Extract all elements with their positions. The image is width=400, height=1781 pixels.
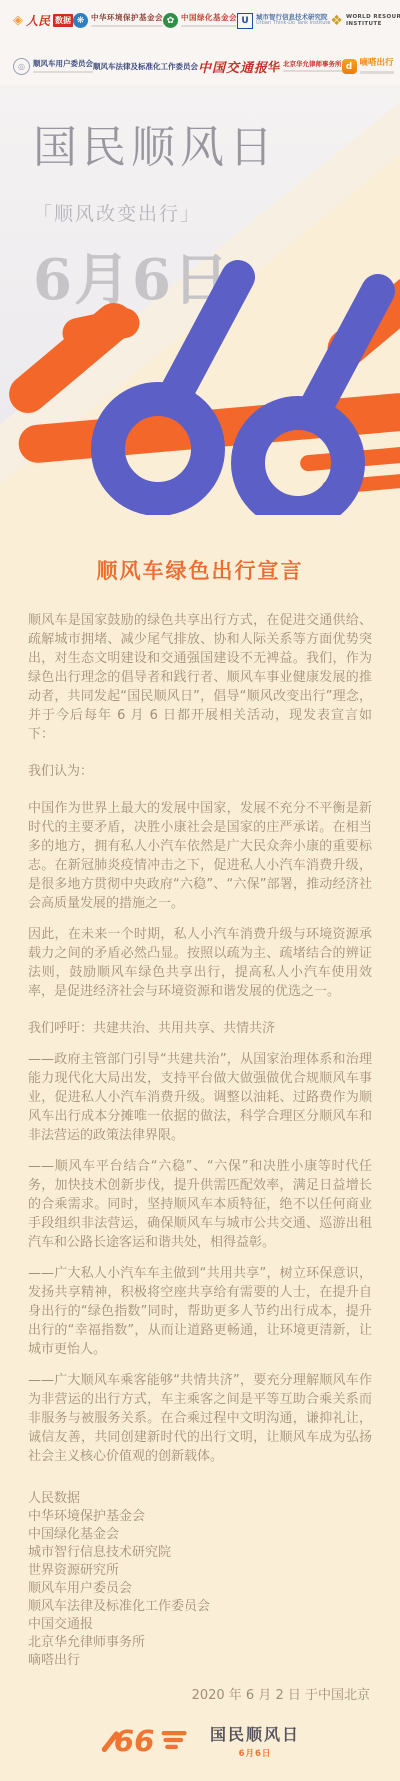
signatory: 中华环境保护基金会 bbox=[28, 1508, 372, 1526]
urban-think-do-tank-label-en: Urban Think-Do Tank Institute bbox=[256, 21, 330, 27]
logo-sfc-user-committee: ◎ 顺风车用户委员会 bbox=[13, 58, 93, 75]
logo-sfc-law-committee: 顺风车法律及标准化工作委员会 bbox=[93, 61, 198, 72]
event-title: 国民顺风日 bbox=[33, 111, 400, 175]
poster-page: ◈ 人民 数据 ❋ 中华环境保护基金会 ✿ 中国绿化基金会 U bbox=[0, 0, 400, 1773]
logo-urban-think-do-tank: U 城市智行信息技术研究院 Urban Think-Do Tank Instit… bbox=[237, 13, 330, 29]
signatory: 顺风车用户委员会 bbox=[28, 1580, 372, 1598]
footer-text-block: 国民顺风日 6月6日 bbox=[210, 1722, 300, 1759]
footer: 66 国民顺风日 6月6日 bbox=[0, 1703, 400, 1773]
logo-huayun-law-firm: 华 北京华允律师事务所 bbox=[268, 58, 342, 75]
66-footer-logo: 66 bbox=[100, 1721, 200, 1759]
signatory: 顺风车法律及标准化工作委员会 bbox=[28, 1598, 372, 1616]
dida-chuxing-icon: d bbox=[342, 59, 357, 74]
people-data-icon: ◈ bbox=[13, 13, 23, 28]
dida-chuxing-label: 嘀嗒出行 bbox=[360, 59, 394, 69]
signatory: 世界资源研究所 bbox=[28, 1562, 372, 1580]
signatory-list: 人民数据 中华环境保护基金会 中国绿化基金会 城市智行信息技术研究院 世界资源研… bbox=[0, 1490, 400, 1670]
declaration-dateline: 2020 年 6 月 2 日 于中国北京 bbox=[0, 1684, 400, 1703]
china-green-foundation-label: 中国绿化基金会 bbox=[181, 14, 237, 23]
partner-logos-header: ◈ 人民 数据 ❋ 中华环境保护基金会 ✿ 中国绿化基金会 U bbox=[0, 0, 400, 85]
logo-people-data: ◈ 人民 数据 bbox=[13, 12, 73, 29]
dida-fineprint-bar bbox=[360, 71, 394, 74]
logo-dida-chuxing: d 嘀嗒出行 bbox=[342, 59, 394, 74]
china-transport-news-label: 中国交通报 bbox=[198, 57, 268, 76]
declaration-paragraph: ——顺风车平台结合“六稳”、“六保”和决胜小康等时代任务，加快技术创新步伐，提升… bbox=[28, 1157, 372, 1252]
huayun-law-firm-icon: 华 bbox=[268, 58, 280, 75]
footer-event-date: 6月6日 bbox=[239, 1747, 272, 1759]
footer-logo-66: 66 bbox=[114, 1724, 155, 1758]
sfc-user-fineprint-bar bbox=[33, 71, 93, 74]
logo-wri: ❖ WORLD RESOURCES INSTITUTE bbox=[330, 13, 400, 29]
footer-event-title: 国民顺风日 bbox=[210, 1722, 300, 1745]
sfc-user-committee-label: 顺风车用户委员会 bbox=[33, 60, 93, 69]
declaration-paragraph: 中国作为世界上最大的发展中国家，发展不充分不平衡是新时代的主要矛盾，决胜小康社会… bbox=[28, 799, 372, 913]
sfc-law-committee-label: 顺风车法律及标准化工作委员会 bbox=[93, 61, 198, 72]
declaration-paragraph: ——广大顺风车乘客能够“共情共济”，要充分理解顺风车作为非营运的出行方式，车主乘… bbox=[28, 1371, 372, 1466]
urban-think-do-tank-icon: U bbox=[237, 13, 253, 29]
logo-cepf: ❋ 中华环境保护基金会 bbox=[73, 13, 163, 28]
declaration-paragraph: ——政府主管部门引导“共建共治”，从国家治理体系和治理能力现代化大局出发，支持平… bbox=[28, 1050, 372, 1145]
declaration-body: 顺风车是国家鼓励的绿色共享出行方式，在促进交通供给、疏解城市拥堵、减少尾气排放、… bbox=[0, 597, 400, 1466]
huayun-fineprint-bar bbox=[283, 70, 342, 73]
declaration-paragraph: 我们认为： bbox=[28, 762, 372, 781]
declaration-heading-text: 顺风车绿色出行宣言 bbox=[97, 559, 304, 583]
signatory: 嘀嗒出行 bbox=[28, 1652, 372, 1670]
signatory: 北京华允律师事务所 bbox=[28, 1634, 372, 1652]
cepf-label: 中华环境保护基金会 bbox=[91, 14, 163, 23]
logo-china-transport-news: 中国交通报 bbox=[198, 57, 268, 76]
cgf-fineprint-bar bbox=[181, 25, 237, 28]
signatory: 城市智行信息技术研究院 bbox=[28, 1544, 372, 1562]
huayun-law-firm-label: 北京华允律师事务所 bbox=[283, 61, 342, 68]
declaration-paragraph: ——广大私人小汽车车主做到“共用共享”，树立环保意识，发扬共享精神，积极将空座共… bbox=[28, 1264, 372, 1359]
signatory: 中国交通报 bbox=[28, 1616, 372, 1634]
china-green-foundation-icon: ✿ bbox=[163, 13, 178, 28]
people-data-label: 人民 bbox=[26, 12, 50, 29]
declaration-paragraph: 我们呼吁：共建共治、共用共享、共情共济 bbox=[28, 1019, 372, 1038]
declaration-heading: 顺风车绿色出行宣言 bbox=[0, 515, 400, 597]
declaration-paragraph: 顺风车是国家鼓励的绿色共享出行方式，在促进交通供给、疏解城市拥堵、减少尾气排放、… bbox=[28, 611, 372, 744]
logo-china-green-foundation: ✿ 中国绿化基金会 bbox=[163, 13, 237, 28]
people-data-badge: 数据 bbox=[53, 14, 73, 27]
cepf-icon: ❋ bbox=[73, 13, 88, 28]
signatory: 人民数据 bbox=[28, 1490, 372, 1508]
66-emblem-graphic bbox=[0, 251, 400, 515]
signatory: 中国绿化基金会 bbox=[28, 1526, 372, 1544]
partner-logos-row-1: ◈ 人民 数据 ❋ 中华环境保护基金会 ✿ 中国绿化基金会 U bbox=[13, 12, 387, 29]
wri-icon: ❖ bbox=[330, 13, 343, 29]
event-slogan: 「顺风改变出行」 bbox=[33, 199, 400, 226]
wri-label-line2: INSTITUTE bbox=[346, 21, 400, 27]
sfc-user-committee-icon: ◎ bbox=[13, 58, 30, 75]
partner-logos-row-2: ◎ 顺风车用户委员会 顺风车法律及标准化工作委员会 中国交通报 华 北京华允律师… bbox=[13, 57, 387, 76]
footer-logo-speed-lines bbox=[164, 1733, 185, 1747]
hero-section: 国民顺风日 「顺风改变出行」 6月6日 bbox=[0, 85, 400, 515]
cepf-fineprint-bar bbox=[91, 25, 163, 28]
declaration-paragraph: 因此，在未来一个时期，私人小汽车消费升级与环境资源承载力之间的矛盾必然凸显。按照… bbox=[28, 925, 372, 1001]
